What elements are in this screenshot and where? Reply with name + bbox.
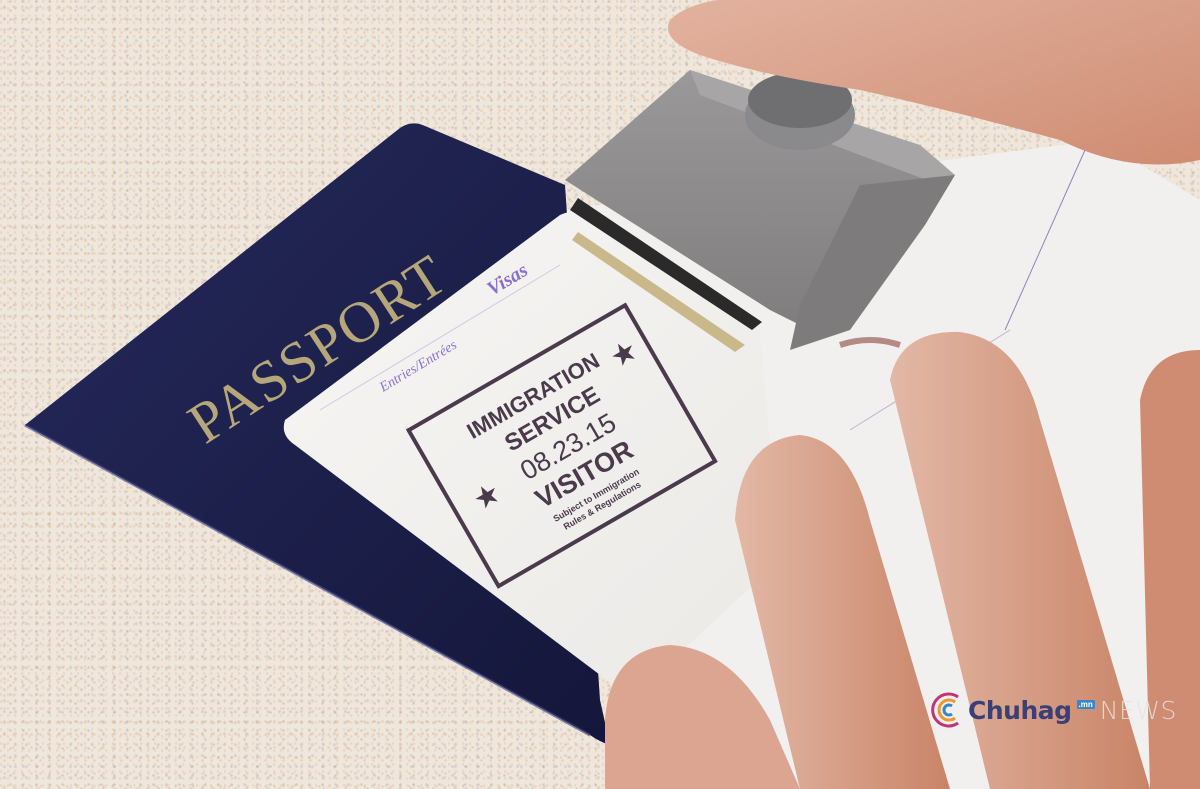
brand-suffix: NEWS xyxy=(1100,696,1177,725)
signal-arcs-icon xyxy=(930,692,964,728)
photo-illustration: PASSPORT Entries/Entrées Visas IMMIGRATI… xyxy=(0,0,1200,789)
brand-tld: .mn xyxy=(1077,700,1095,709)
brand-name: Chuhag xyxy=(968,696,1072,725)
photo-scene: PASSPORT Entries/Entrées Visas IMMIGRATI… xyxy=(0,0,1200,789)
watermark-logo: Chuhag .mn NEWS xyxy=(930,692,1177,728)
